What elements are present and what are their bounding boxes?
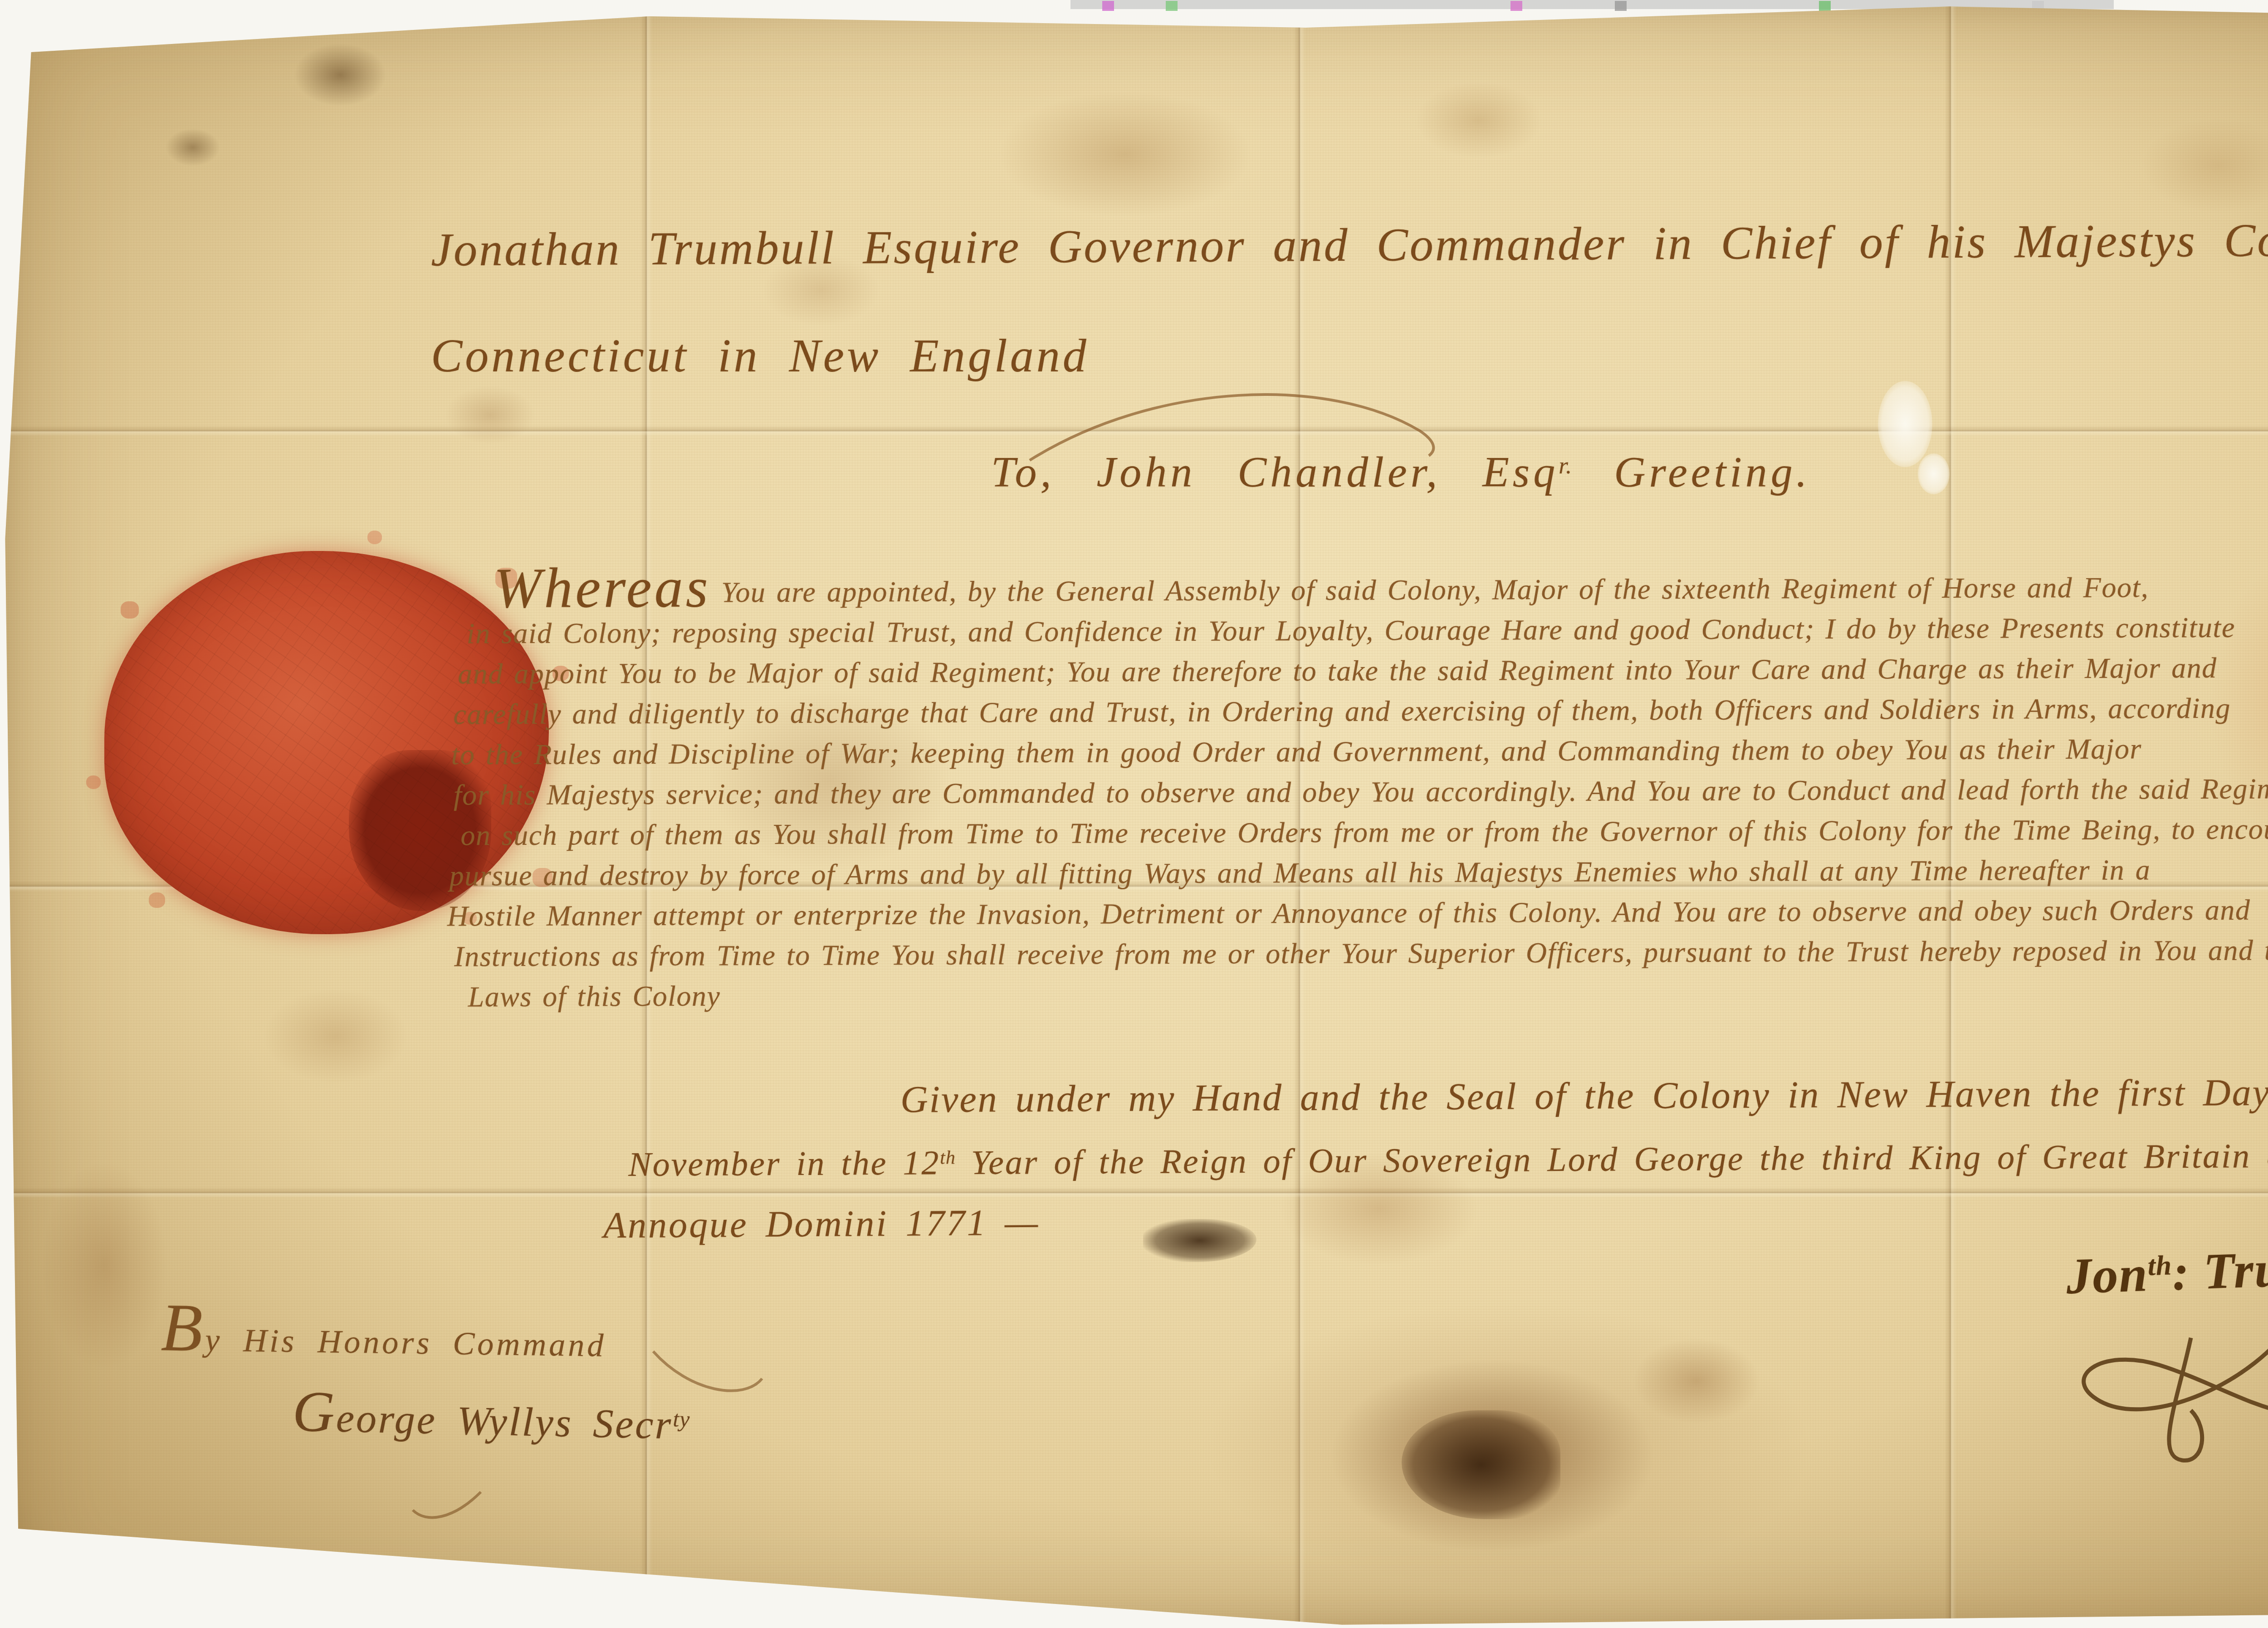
- stain: [2141, 118, 2268, 213]
- heading-line-1: Jonathan Trumbull Esquire Governor and C…: [431, 212, 2268, 277]
- scanned-document-page: Jonathan Trumbull Esquire Governor and C…: [0, 0, 2268, 1628]
- stain: [1415, 82, 1542, 159]
- dateline-anno-domini: Annoque Domini 1771 —: [603, 1201, 1040, 1247]
- stain: [445, 385, 535, 444]
- body-line: to the Rules and Discipline of War; keep…: [451, 727, 2268, 775]
- wax-spatter: [222, 726, 228, 730]
- body-line: Laws of this Colony: [468, 970, 2268, 1017]
- body-line: Instructions as from Time to Time You sh…: [454, 929, 2268, 976]
- parchment-sheet: Jonathan Trumbull Esquire Governor and C…: [0, 0, 2268, 1628]
- body-line: carefully and diligently to discharge th…: [453, 687, 2268, 734]
- stain: [163, 127, 222, 168]
- stain: [1402, 1410, 1560, 1519]
- lead-word-whereas: Whereas: [494, 556, 711, 620]
- salutation: To, John Chandler, Esqr. Greeting.: [991, 447, 1811, 497]
- stain: [1633, 1338, 1760, 1424]
- heading-line-2: Connecticut in New England: [431, 329, 1089, 383]
- scanner-artifact: [1166, 1, 1178, 11]
- stain: [41, 1161, 168, 1370]
- fold-line-horizontal-3: [0, 1187, 2268, 1198]
- dateline-regnal-post: Year of the Reign of Our Sovereign Lord …: [956, 1136, 2268, 1182]
- scanner-artifact: [1819, 1, 1831, 11]
- stain: [263, 989, 408, 1084]
- stain: [1325, 1356, 1660, 1555]
- body-line: Hostile Manner attempt or enterprize the…: [447, 889, 2268, 936]
- dateline-regnal-pre: November in the 12: [628, 1144, 940, 1184]
- commission-body: Whereas You are appointed, by the Genera…: [446, 566, 2268, 1017]
- signature-pre: Jon: [2065, 1246, 2149, 1305]
- signature-flourish: [2041, 1311, 2268, 1474]
- secretary-signature-pre: George Wyllys Secr: [292, 1395, 673, 1448]
- attestation-command-line: By His Honors Command: [161, 1288, 607, 1373]
- signature-superscript: th: [2147, 1250, 2173, 1282]
- dateline-given: Given under my Hand and the Seal of the …: [900, 1070, 2268, 1122]
- stain: [290, 41, 390, 109]
- stain: [998, 91, 1252, 218]
- salutation-superscript: r.: [1559, 453, 1572, 479]
- salutation-post: Greeting.: [1572, 448, 1811, 496]
- secretary-signature-superscript: ty: [673, 1406, 690, 1432]
- body-line-text: You are appointed, by the General Assemb…: [721, 571, 2149, 608]
- paper-flaw-hole: [1878, 381, 1932, 467]
- body-line: for his Majestys service; and they are C…: [454, 768, 2268, 815]
- body-line: in said Colony; reposing special Trust, …: [467, 606, 2268, 653]
- body-line: pursue and destroy by force of Arms and …: [449, 848, 2268, 896]
- dateline-regnal-superscript: th: [940, 1147, 956, 1168]
- stain: [1202, 1301, 1814, 1592]
- governor-signature: Jonth: Trumbull: [2065, 1236, 2268, 1306]
- body-line: on such part of them as You shall from T…: [460, 808, 2268, 855]
- body-line: and appoint You to be Major of said Regi…: [458, 647, 2268, 694]
- body-line: Whereas You are appointed, by the Genera…: [494, 566, 2268, 613]
- scanner-artifact: [1510, 1, 1522, 11]
- salutation-pre: To, John Chandler, Esq: [991, 448, 1559, 496]
- ink-blot: [1143, 1219, 1256, 1262]
- dateline-regnal-year: November in the 12th Year of the Reign o…: [628, 1136, 2268, 1184]
- paper-flaw-hole: [1918, 453, 1950, 494]
- scanner-artifact: [1615, 1, 1627, 11]
- signature-post: : Trumbull: [2171, 1237, 2268, 1301]
- secretary-signature: George Wyllys Secrty: [292, 1378, 691, 1453]
- scanner-artifact: [1102, 1, 1114, 11]
